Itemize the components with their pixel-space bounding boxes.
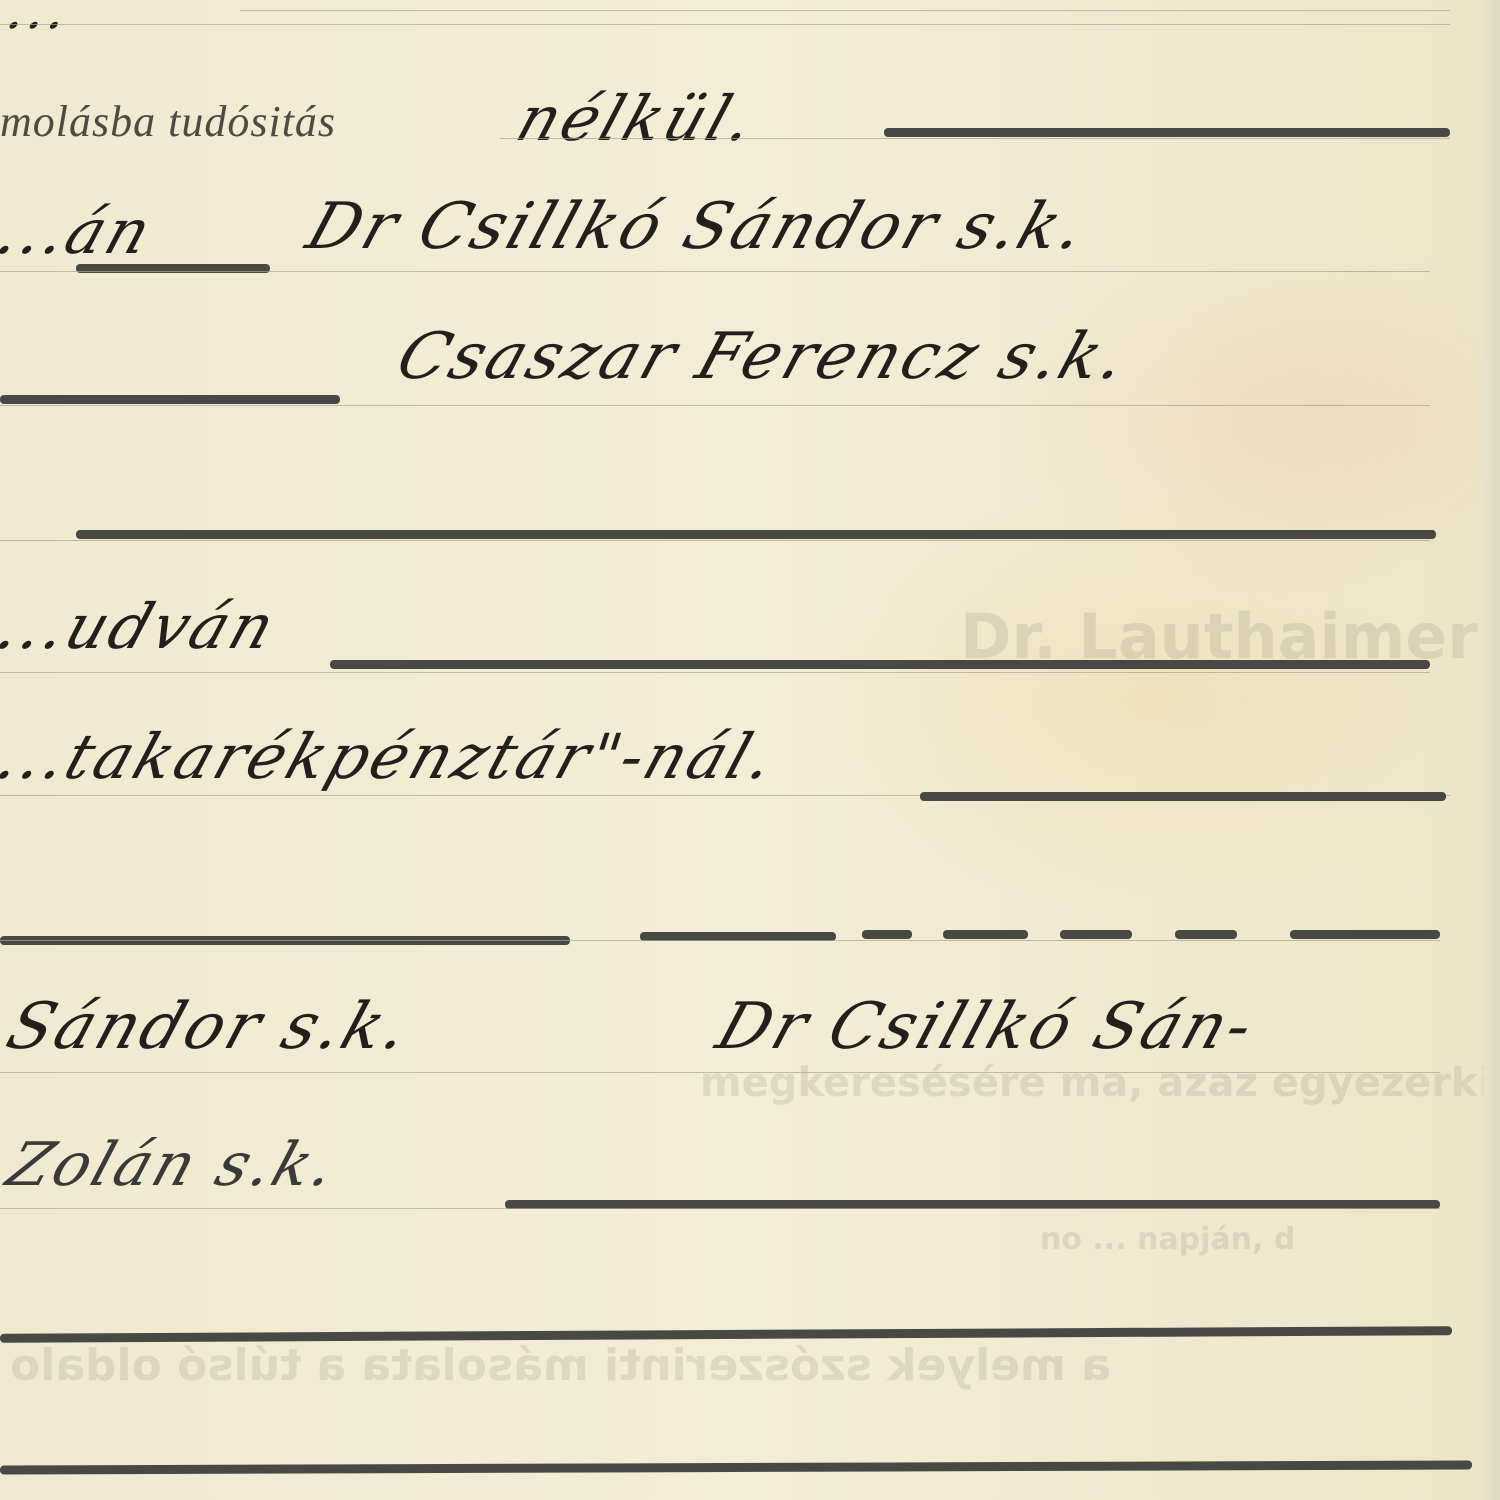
fill-bar (76, 530, 1436, 539)
handwriting-line-6: Sándor s.k. (0, 990, 421, 1064)
ruled-line (0, 271, 1430, 272)
ruled-line (0, 940, 1440, 941)
fill-bar (330, 660, 1430, 669)
show-through-text-3: no ... napján, d (1040, 1222, 1295, 1257)
show-through-text-2: megkeresésére ma, azaz egyezerkilencszáz (700, 1060, 1500, 1106)
signature-csillko-san: Dr Csillkó Sán- (708, 990, 1265, 1064)
handwriting-line-1: ...án (0, 195, 163, 268)
fill-bar (0, 395, 340, 404)
ruled-line (0, 1072, 1440, 1073)
page-edge (1476, 0, 1500, 1500)
fill-bar (943, 930, 1028, 939)
fill-bar (1290, 930, 1440, 939)
printed-label: molásba tudósitás (0, 96, 336, 147)
fill-bar (920, 792, 1446, 801)
fill-bar (1060, 930, 1132, 939)
signature-csaszar-ferencz: Csaszar Ferencz s.k. (388, 320, 1138, 394)
ruled-line (0, 24, 1450, 25)
ruled-line (0, 672, 1430, 673)
fill-bar (862, 930, 912, 939)
ruled-line (0, 405, 1430, 406)
handwriting-line-7: Zolán s.k. (0, 1130, 347, 1200)
handwritten-fill-nelkul: nélkül. (508, 82, 766, 155)
handwriting-line-4: ...udván (0, 590, 287, 663)
signature-csillko-sandor: Dr Csillkó Sándor s.k. (298, 190, 1097, 264)
top-handwriting-fragment: ... (0, 0, 81, 41)
fill-bar (884, 128, 1450, 137)
ruled-line (500, 138, 1450, 139)
handwriting-line-5: ...takarékpénztár"-nál. (0, 720, 787, 793)
fill-bar (1175, 930, 1237, 939)
ruled-line (0, 1208, 1440, 1209)
ruled-line (240, 10, 1450, 11)
fill-bar (0, 1460, 1472, 1474)
ruled-line (0, 540, 1430, 541)
show-through-text-4: a melyek szószerinti másolata a túlsó ol… (10, 1340, 1111, 1391)
document-page: Dr. Lauthaimer megkeresésére ma, azaz eg… (0, 0, 1500, 1500)
